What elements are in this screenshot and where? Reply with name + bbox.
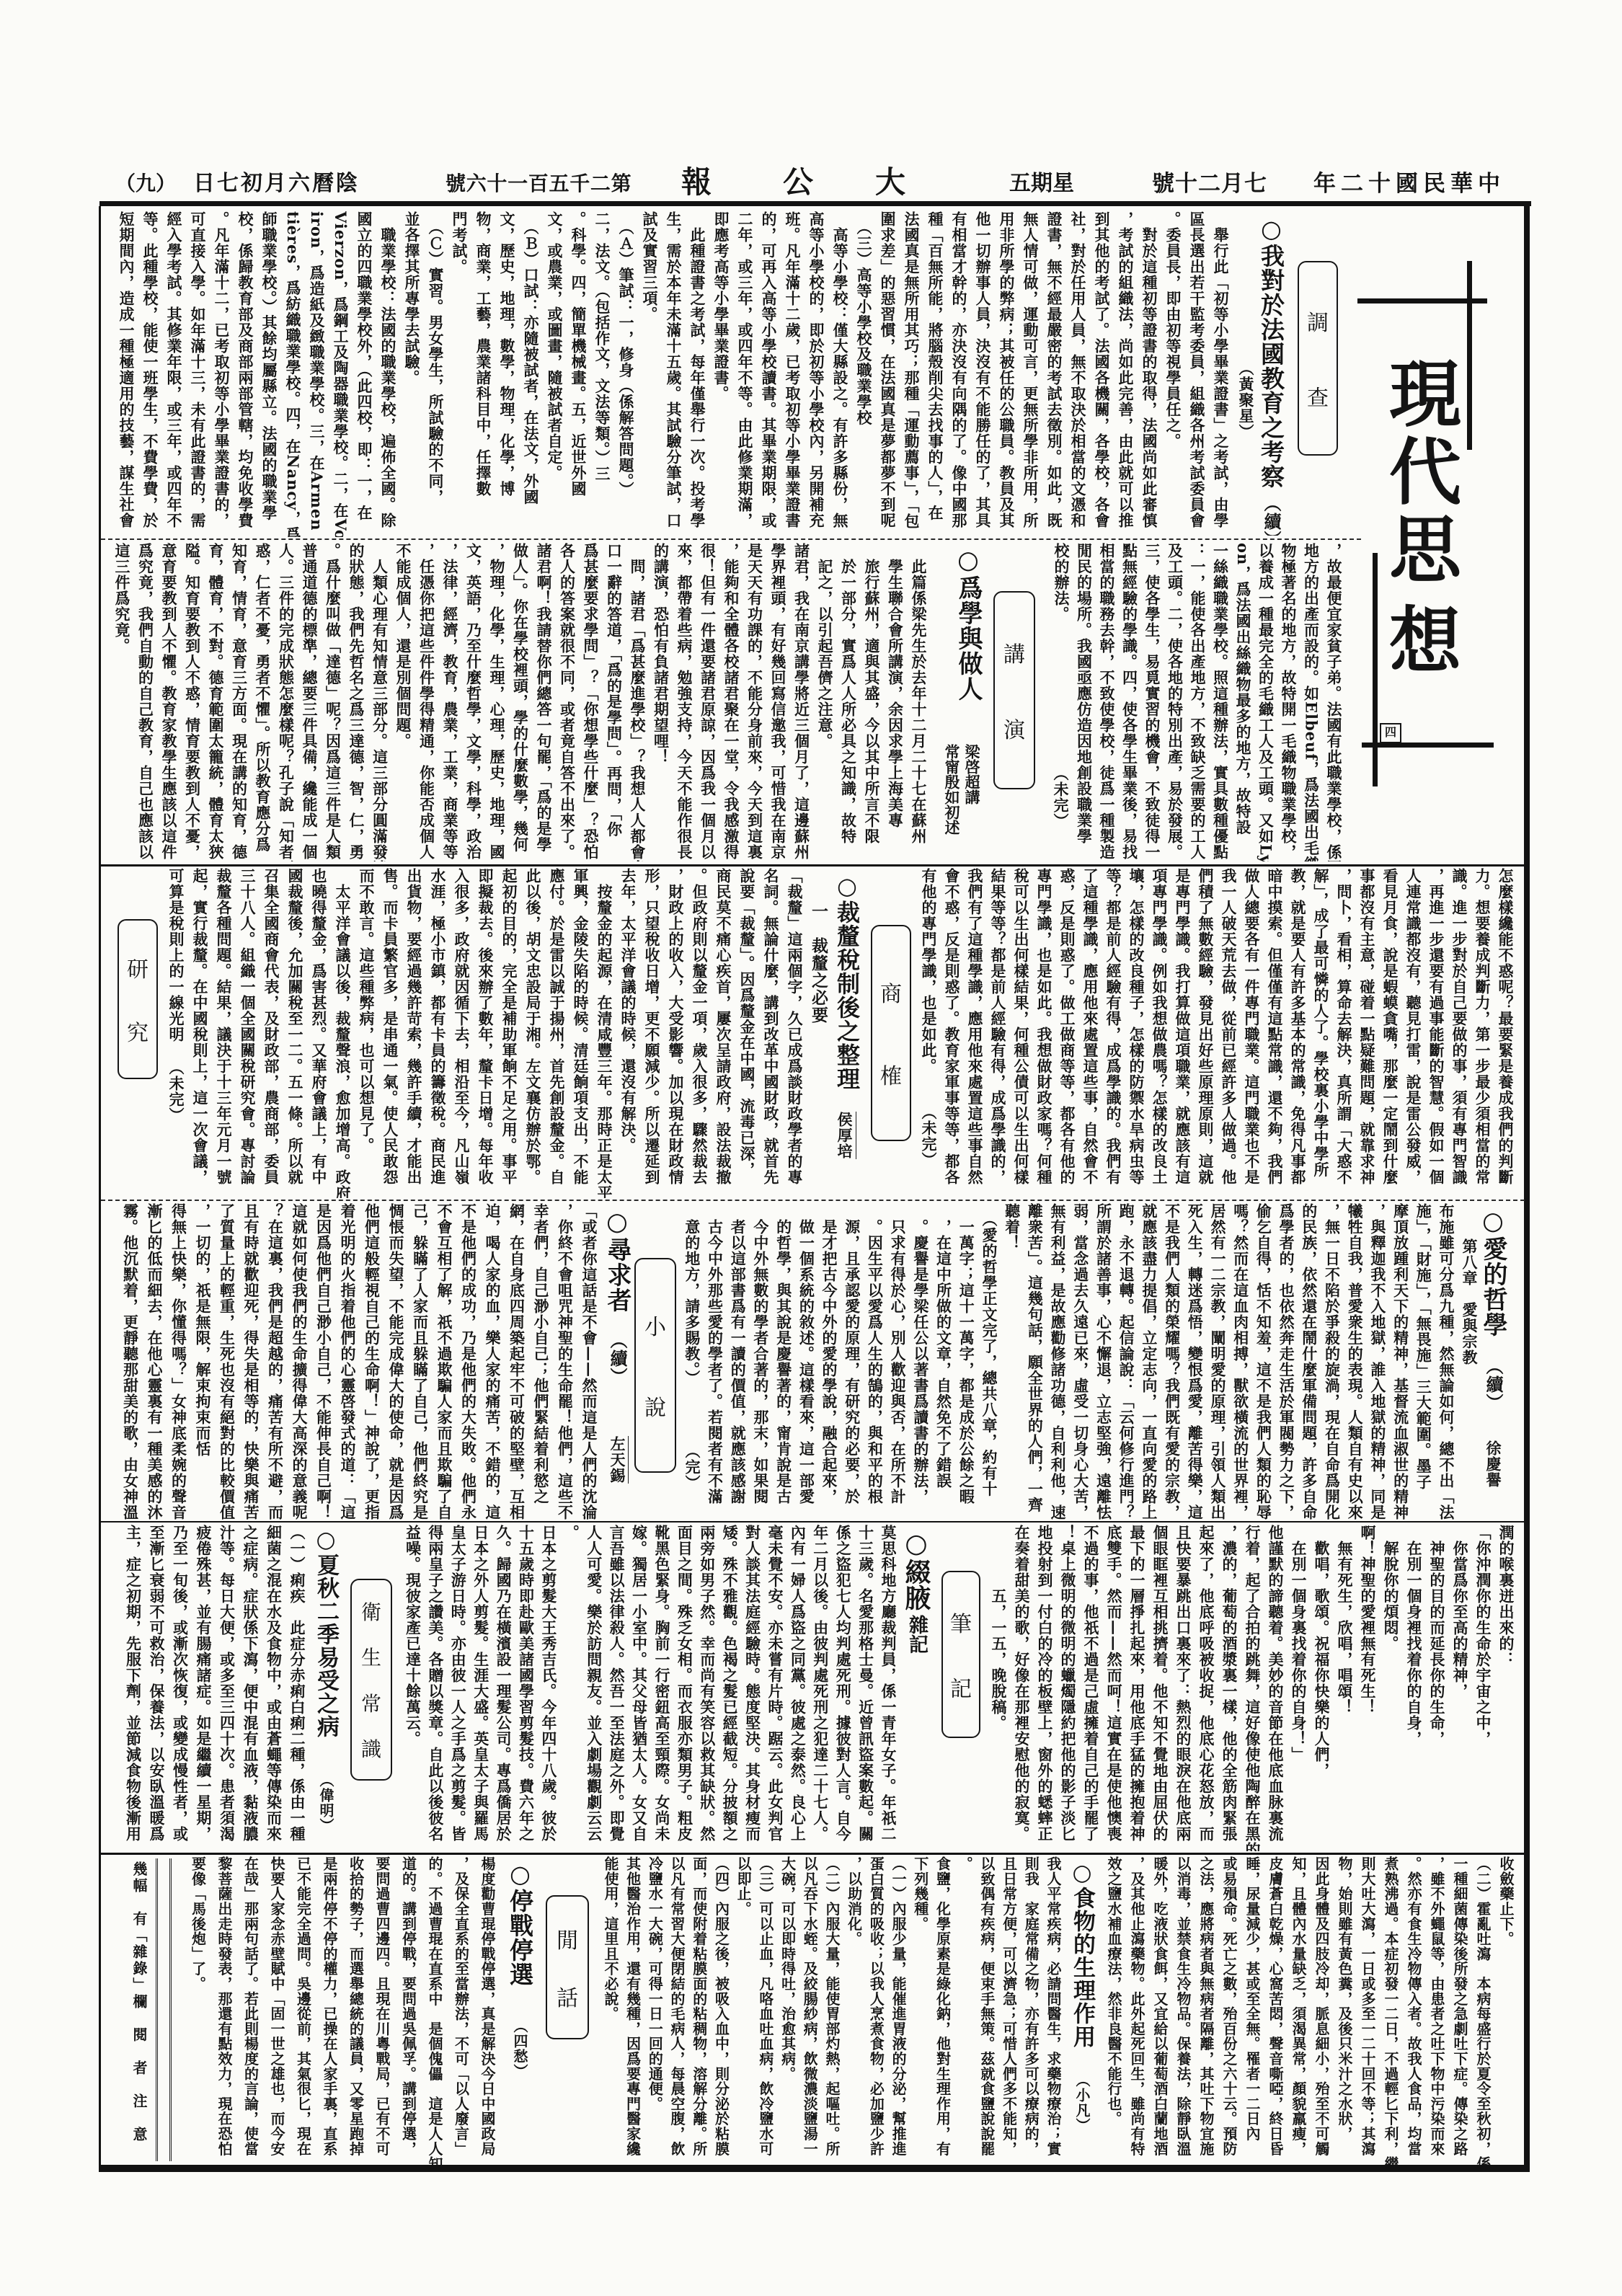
text-column: 經入學考試。其修業年限，或三年，或四年不: [162, 211, 186, 537]
text-column: 不過的事，他祇不過是己虛擁着自己的手罷了: [1079, 1525, 1102, 1851]
text-column: 古今中外那些愛的學者了。若閱者有不滿: [704, 1203, 727, 1520]
text-column: 汁等。每日大便，或多至三四十次。患者須渴: [215, 1525, 239, 1851]
masthead-char-2: 代: [1384, 433, 1466, 512]
section-box-novel: 小 說: [634, 1258, 676, 1473]
section-label-char: 常: [361, 1688, 381, 1717]
text-column: 師職業學校。）其餘均屬縣立。法國的職業學: [257, 211, 281, 537]
text-column: 有相當才幹的，亦決沒有向隅的了。像中國那: [947, 211, 971, 537]
section-label-char: 演: [1003, 712, 1025, 744]
novel-author: 左天錫: [608, 1436, 629, 1484]
text-column: 乃至一旬後，或漸次恢復，或變成慢性者，或: [168, 1525, 192, 1851]
text-column: 摩頂放踵利天下的精神，基督流血淑世的精神: [1389, 1203, 1412, 1520]
side-strip-divider: [156, 1858, 172, 2161]
text-column: 了質量上的輕重，生死也沒有絕對的比較價值: [215, 1203, 239, 1520]
masthead-char-4: 想: [1384, 601, 1466, 681]
chat-title-text: ○停戰停選: [506, 1860, 534, 1987]
text-column: 。爲什麼叫做「達德」呢？因爲這三件是人類: [321, 543, 345, 861]
text-column: 源，且承認愛的原理，有研究的必要，於: [841, 1203, 864, 1520]
survey-end-note: （未完）: [1050, 766, 1072, 829]
text-column: 二年，或三年，或四年不等。由此修業期滿，: [733, 211, 757, 537]
text-column: 至漸匕衰弱不可救治，保養法，以安臥溫暖爲: [145, 1525, 169, 1851]
section-label-char: 話: [557, 1980, 578, 2012]
section-label-char: 衛: [361, 1597, 381, 1626]
divider-band1-2: [101, 864, 1525, 866]
text-column: 日本之外人剪髮。生涯大盛。英皇太子與羅馬: [469, 1525, 492, 1851]
section-box-survey: 調 查: [1298, 261, 1338, 456]
text-column: 這就如何使我們的生命擴得偉大高深的意義呢: [288, 1203, 312, 1520]
text-column: 物，始則雖有黃色糞，及後只米汁之水狀，: [1333, 1856, 1356, 2165]
text-column: 等？都是前人經驗有得，成爲學識的。我們有: [1102, 868, 1125, 1198]
divider-band3-4: [101, 1521, 1525, 1522]
text-column: ，雖不外蠅鼠等，由患者之吐下物中污染而來: [1425, 1856, 1448, 2165]
text-column: 及工頭。二，使各地的特別出產，易於發展。: [1164, 543, 1187, 861]
text-column: 學生聯合會所講演，余因求學上海美專: [883, 543, 907, 861]
text-column: 收拾的勢子，而選舉總統的議員，又零星跑掉: [342, 1856, 369, 2165]
text-column: 會不惑，反是則惑了。教育家軍事等等，都各: [940, 868, 963, 1198]
text-column: 的講演，恐怕有負諸君期望哩！: [649, 543, 673, 861]
text-column: 皇太子游日時。亦由彼一人之手爲之剪髮。皆: [447, 1525, 469, 1851]
text-column: 一種細菌傳染後所發之急劇吐下症。傳染之路: [1448, 1856, 1471, 2165]
text-column: 是因爲他們自己渺小自己，不能伸長自己啊！: [311, 1203, 336, 1520]
text-column: 短期間內，造成一種極適用的技藝，謀生社會: [115, 211, 138, 537]
text-column: 在別一個身裡找着你的自身，: [1402, 1525, 1425, 1851]
section-label-char: 調: [1307, 305, 1329, 337]
text-column: 就應該盡力提倡，立定志向，一直向愛的路上: [1138, 1203, 1161, 1520]
section-label-char: 生: [361, 1642, 381, 1671]
text-column: 事都沒有主意，碰着一點疑難問題，就靠求神: [1355, 868, 1378, 1198]
section-label-char: 筆: [950, 1606, 972, 1638]
love-body: 布施雖可分爲九種，然無論如何，總不出「法施」，「財施」，「無畏施」三大範圍。墨子…: [681, 1203, 1458, 1520]
masthead-cross-top-horizontal: [1357, 298, 1487, 303]
text-column: 且有時就歡迎死，得失是相等的，快樂與痛苦失: [239, 1203, 264, 1520]
text-column: 着光明的火指着他們的心靈啓發式的道：「這都: [336, 1203, 360, 1520]
text-column: 的民族，依然還在鬧什麼軍備問題，許多自命: [1298, 1203, 1321, 1520]
text-column: 區長選出若干監考委員，組織各州考試委員會: [1185, 211, 1209, 537]
love-title: ○愛的哲學（續）徐慶譽: [1478, 1207, 1508, 1518]
text-column: ，在這中所做的文章，自然免不了錯誤: [932, 1203, 955, 1520]
top-rule: [99, 201, 1531, 206]
section-label-char: 榷: [880, 1058, 902, 1090]
section-label-char: 小: [644, 1309, 666, 1341]
text-column: 很！但有一件還要諸君原諒，因爲我一個月以: [696, 543, 719, 861]
text-column: （四）內服之後，被吸入血中，則分泌於粘膜: [710, 1856, 732, 2165]
text-column: 暗中摸索。但僅僅有這點常識，還不夠，我們: [1263, 868, 1286, 1198]
text-column: 。委員長，即由初等視學員任之。: [1161, 211, 1185, 537]
text-column: 地方的出產而設的。如Elbeuf，爲法國出毛織: [1300, 543, 1323, 861]
text-column: （Ｃ）實習。男女學生，所試驗的不同，: [424, 211, 448, 537]
text-column: 結果等等？都是前人經驗有得，成爲學識的，: [986, 868, 1009, 1198]
text-column: 人。三件的完成狀態怎麼樣呢？孔子說「知者不: [274, 543, 298, 861]
text-column: 要像「馬後炮」了。: [185, 1856, 211, 2165]
section-label-char: 閒: [557, 1923, 578, 1954]
text-column: 識。進一步對於自己要做的事，須有專門智識: [1448, 868, 1471, 1198]
text-column: 道的。講到停戰，要問過吳佩孚。講到停選，: [395, 1856, 422, 2165]
text-column: ，考試的組織法，尚如此完善，由此就可以推: [1114, 211, 1138, 537]
text-column: 文，英語，乃至什麼哲學，文學，科學，政治: [461, 543, 485, 861]
text-column: （Ａ）筆試：一，修身（係解答問題。）: [614, 211, 638, 537]
section-label-char: 識: [361, 1734, 381, 1763]
text-column: 證書，無不經最嚴密的考試去徵別。如此，既: [1042, 211, 1066, 537]
masthead-cross-top-vertical: [1467, 261, 1472, 450]
text-column: 這三件爲究竟。: [110, 543, 134, 861]
text-column: 知育，情育，意育三方面。現在講的知育，德: [227, 543, 251, 861]
text-column: 的。不過曹琨在直系中 是個傀儡 這是人人知: [422, 1856, 448, 2165]
text-column: 點無經驗的學識。四，使各學生畢業後，易找: [1118, 543, 1141, 861]
text-column: ？在這裏，我們是超越的，痛苦有所不避，而: [263, 1203, 288, 1520]
text-column: 則我 家庭常備之物，亦有許多可以療病的，: [1020, 1856, 1042, 2165]
text-column: 疲倦殊甚，並有腸痛諸症。如是繼續一星期，: [192, 1525, 216, 1851]
text-column: 用非所學的弊病；其被任的公職員。教員及其: [995, 211, 1019, 537]
text-column: 。: [560, 1525, 582, 1851]
text-column: 起來了，他底呼吸被收捉，他底心花怒放，而: [1195, 1525, 1218, 1851]
text-column: 是才把古今中外的愛的學說，融合起來，: [817, 1203, 841, 1520]
text-column: 睡，尿量減少，甚或至全無。罹者一二日內: [1241, 1856, 1264, 2165]
text-column: 只求有得於心，別人歡迎與否，在所不計: [886, 1203, 909, 1520]
text-column: 啊！神聖的愛裡無有死生！: [1356, 1525, 1379, 1851]
text-column: 靴黑色緊身。胸前一行密鈕高至頸際。女尚未: [651, 1525, 673, 1851]
lecture-body-part1: 此篇係梁先生於去年十二月二十七在蘇州 學生聯合會所講演，余因求學上海美專 旅行蘇…: [110, 543, 930, 861]
discussion-author: 侯厚培: [835, 1112, 856, 1159]
text-column: 內有一婦人爲盜之同黨。彼處之泰然。良心上: [786, 1525, 809, 1851]
text-column: 圍求差」的惡習慣，在法國真是夢都夢不到呢: [876, 211, 900, 537]
text-column: 其他醫治作用，還有幾種，因爲要專門醫家纔: [621, 1856, 644, 2165]
text-column: 國立的四職業學校外，（此四校，即：一，在: [353, 211, 376, 537]
text-column: 形，只望稅收日增，更不願減少。所以遷延到: [640, 868, 664, 1198]
text-column: 問，諸君「爲甚麼進學校」？我想人人都會衆: [626, 543, 650, 861]
text-column: 係之盜犯七人均判處死刑。據彼對人言。自今: [832, 1525, 854, 1851]
text-column: 做人總要各有一件專門職業。這門職業也不是: [1240, 868, 1263, 1198]
text-column: ，及其他止瀉藥物。此外起死回生，雖尚有特: [1125, 1856, 1148, 2165]
text-column: 育，體育，不對。德育範圍太籠統，體育太狹: [204, 543, 228, 861]
text-column: 。慶譽是學梁任公以著書爲讀書的辦法，: [909, 1203, 932, 1520]
masthead-cross-bottom-horizontal: [1362, 743, 1494, 748]
text-column: 居然有一二宗教，闡明愛的原理，引領人類出: [1206, 1203, 1229, 1520]
text-column: 不是他們的成功，乃是他們的大失敗。他們永: [456, 1203, 481, 1520]
text-column: 種「百無所能，將腦殼削尖去找事的人」，在: [923, 211, 947, 537]
text-column: 生，需於本年未滿十五歲。其試驗分筆試，口: [662, 211, 686, 537]
novel-body: 「或者你這話是不會——然而這是人們的沈淪，你終不會咀咒神聖的生命罷！他們，這些不…: [118, 1203, 601, 1520]
text-column: 毫未覺不安。亦未嘗有片時。踞云。此女判官: [764, 1525, 786, 1851]
text-column: 水涯，極小市鎮，都有卡員的籌徵稅。商民進: [426, 868, 450, 1198]
section-label-char: 查: [1307, 380, 1329, 412]
text-column: ，你終不會咀咒神聖的生命罷！他們，這些不: [553, 1203, 577, 1520]
text-column: 應付。於是雷以誠于揚州，首先創設釐金。自: [545, 868, 569, 1198]
text-column: 我們有了這種學識，應用他來處置這些事自然: [963, 868, 986, 1198]
chat-author: （四愁）: [511, 2018, 528, 2079]
header-paper-name-1: 大: [875, 167, 905, 198]
text-column: 地投射到一付白的冷的板壁上，窗外的蟋蟀正: [1033, 1525, 1056, 1851]
text-column: 他一切辦事人員，決沒有不能勝任的了，其具: [971, 211, 995, 537]
text-column: 要問過曹四邊四。且現在川粵戰局，已有不可: [369, 1856, 396, 2165]
text-column: 以凡有常習大便閉結的毛病人，每晨空腹，飲: [665, 1856, 688, 2165]
text-column: 惑，反是則惑了。做工做商等等，都各有他的: [1055, 868, 1078, 1198]
footer-reader-notice: 幾幅 有「雜錄」欄 閱 者 注 意: [128, 1861, 150, 2143]
love-continued-mark: （續）: [1483, 1357, 1504, 1411]
text-column: 此以後，胡文忠設局于湘。左文襄仿辦於鄂。: [521, 868, 545, 1198]
novel-body-continued: 潤的喉裏迸出來的：「你沖潤你的生命於宇宙之中， 你當爲你至高的精神， 神聖的目的…: [987, 1525, 1517, 1851]
text-column: （三）可以止血，凡咯血吐血病，飲冷鹽水可: [754, 1856, 776, 2165]
text-column: 校，係歸教育部及商部兩部管轄，均免收學費: [234, 211, 257, 537]
text-column: 蛋白質的吸收；以我人烹煮食物，必加鹽少許: [865, 1856, 887, 2165]
text-column: 面，而使附着粘膜面的粘稠物，溶解分離。所: [688, 1856, 710, 2165]
text-column: ，任憑你把這些件件學得精通，你能否成個人: [415, 543, 438, 861]
text-column: 起，實行裁釐。在中國稅則上，這一次會議，: [188, 868, 212, 1198]
text-column: ！桌上微明的微明的蠟燭隱約把他的影子淡匕: [1056, 1525, 1079, 1851]
text-column: 到其他的考試了。法國各機關，各學校，各會: [1090, 211, 1114, 537]
text-column: 弱，當念過去久遠已來，虛受一切身心大苦，: [1069, 1203, 1092, 1520]
discussion-subheading: 一 裁釐之必要: [807, 903, 829, 1024]
text-column: iron，爲造紙及緻職業學校。三，在Armen: [305, 211, 329, 537]
text-column: （一）痢疾 此症分赤痢白痢二種，係由一種: [285, 1525, 309, 1851]
text-column: 幸者們，自己渺小自己；他們緊結着利慾之: [529, 1203, 554, 1520]
divider-band1a-1b: [101, 538, 1361, 540]
text-column: 此篇係梁先生於去年十二月二十七在蘇州: [907, 543, 931, 861]
food-title: ○食物的生理作用（小凡）: [1067, 1860, 1097, 2163]
lecture-end-note: （未完）: [917, 1104, 940, 1168]
section-label-char: 商: [880, 976, 902, 1008]
text-column: 網，在自身底四周築起牢不可破的堅壁，互相壓: [505, 1203, 529, 1520]
love-title-text: ○愛的哲學: [1479, 1207, 1507, 1337]
text-column: 起初的目的，完全是補助軍餉不足之用。事平: [497, 868, 521, 1198]
header-date-month-day: 七月二十號: [1152, 172, 1267, 196]
text-column: 底雙手。然而——然而呵！這實在是使他懊喪: [1102, 1525, 1125, 1851]
section-label-char: 究: [127, 1015, 149, 1047]
text-column: （愛的哲學正文完了，總共八章，約有十: [978, 1203, 1001, 1520]
text-column: 的狀態，我們先哲名之爲三達德，智，仁，勇: [345, 543, 368, 861]
text-column: 班。凡年滿十二歲，已考取初等小學畢業證書: [781, 211, 805, 537]
text-column: 黎菩薩出走時發表，那還有點效力，現在恐怕: [211, 1856, 238, 2165]
discussion-body: 「裁釐」這兩個字，久已成爲談財政學者的專名詞。無論什麼，講到改革中國財政，就首先…: [164, 868, 807, 1198]
text-column: 則大吐大瀉，一日或多至一二十回不等；其瀉: [1356, 1856, 1379, 2165]
text-column: 神聖的目的而延長你的生命，: [1425, 1525, 1448, 1851]
text-column: 職業學校：法國的職業學校，遍佈全國。除: [376, 211, 400, 537]
text-column: 犧牲自我，普愛衆生的表現。人類自有史以來: [1343, 1203, 1366, 1520]
text-column: （二）內服大量，能使胃部灼熱，起嘔吐。所: [820, 1856, 843, 2165]
text-column: 口一辭的答道，「爲的是學問」。再問，「你: [602, 543, 626, 861]
text-column: 日本之剪髮大王秀吉氏。今年四十八歲。彼於: [538, 1525, 560, 1851]
text-column: 諸君，我在南京講學將近三個月了，這邊蘇州: [789, 543, 813, 861]
masthead-char-3: 思: [1384, 510, 1466, 590]
text-column: 言吾雖以法律殺人。然吾一至法庭之外。即覺: [606, 1525, 628, 1851]
text-column: 無有死生，欣唱，唱頌！: [1333, 1525, 1356, 1851]
text-column: 文，歷史，地理，數學，物理，化學，博: [495, 211, 519, 537]
text-column: 學界裡頭，有好幾回寫信邀我，可惜我在南京: [766, 543, 790, 861]
text-column: 高等小學校：僅大縣設之。有許多縣份，無: [828, 211, 852, 537]
text-column: 以養成一種最完全的毛織工人及工頭。又如Ly: [1254, 543, 1277, 861]
text-column: 普通道德的標準，總要三件具備，纔能成一個: [298, 543, 322, 861]
hygiene-title: ○夏秋二季易受之病（偉明）: [311, 1527, 340, 1851]
text-column: 離衆苦」。這幾句話，願全世界的人們，一齊: [1024, 1203, 1047, 1520]
text-column: 試及實習三項。: [638, 211, 662, 537]
text-column: 久。歸國乃在橫濱設一理髮公司。專爲僑居於: [492, 1525, 515, 1851]
text-column: 他謹默的諦聽着。美妙的音節在他底血脉裏流: [1264, 1525, 1287, 1851]
notes-title: ○綴腋雜記: [901, 1528, 931, 1687]
discussion-end-note: （未完）: [164, 1060, 188, 1123]
text-column: 怎麼樣纔能不惑呢？最要緊是養成我們的判斷: [1494, 868, 1517, 1198]
divider-band2-3: [101, 1200, 1525, 1201]
text-column: 因此身體及四肢冷却，脈息細小，殆至不可觸: [1310, 1856, 1333, 2165]
lecture-speaker: 梁啓超講: [962, 744, 982, 852]
divider-band4a-4b: [101, 1853, 1525, 1855]
text-column: 不會互相了解，祇不過欺騙人家而且欺騙了自: [433, 1203, 457, 1520]
text-column: 裁釐各種問題。結果，議決于十三年元月一號: [212, 868, 236, 1198]
text-column: 不是我們人類的榮耀嗎？我們既有愛的宗教，: [1161, 1203, 1184, 1520]
text-column: 以致偶有疾病，便束手無策。茲就食鹽說說罷: [975, 1856, 998, 2165]
text-column: 益噪。現彼家產已達十餘萬云。: [402, 1525, 424, 1851]
text-column: 迫，喝人家的血，樂人家的痛苦，不錯的，這: [481, 1203, 505, 1520]
text-column: 最下的一層掙扎起來，用他底手猛的擁抱着神: [1125, 1525, 1148, 1851]
text-column: ，法律，經濟，教育，農業，工業，商業等等: [438, 543, 462, 861]
text-column: （Ｂ）口試：亦隨被試者，在法文，外國: [519, 211, 543, 537]
masthead-cross-bottom-vertical: [1373, 553, 1378, 786]
text-column: （二）霍亂吐瀉 本病每盛行於夏令至秋初，係: [1471, 1856, 1494, 2165]
text-column: 。但政府則以釐金一項，歲入很多，驟然裁去: [688, 868, 712, 1198]
text-column: tières，爲紡織職業學校。四，在Nancy，爲水: [281, 211, 305, 537]
text-column: 是專門學識。我打算做這項職業，就應該有這: [1171, 868, 1194, 1198]
text-column: ，財政上的收入，大受影響。加以現在財政情: [664, 868, 688, 1198]
text-column: 一萬字；這十一萬字，都是成於公餘之暇: [955, 1203, 978, 1520]
text-column: 。凡年滿十二，已考取初等小學畢業證書的，: [210, 211, 234, 537]
food-author: （小凡）: [1073, 2073, 1091, 2133]
text-column: 所謂於諸善事，心不懈退，立志堅強，遠離怯: [1092, 1203, 1115, 1520]
header-date-roc: 中華民國十二年: [1313, 172, 1505, 196]
section-box-research: 研 究: [118, 919, 158, 1079]
text-column: 以即止。: [732, 1856, 754, 2165]
text-column: 楊度勸曹琨停戰停選，真是解決今日中國政局: [474, 1856, 501, 2165]
text-column: 壤，怎樣的改良種子，怎樣的防禦水旱病虫等: [1125, 868, 1148, 1198]
text-column: 我一人破天荒去做，從前已經許多人做過。他: [1217, 868, 1240, 1198]
text-column: 高等小學校的，即於初等小學校內，另開補充: [805, 211, 828, 537]
text-column: 跑，永不退轉。起信論說：「云何修行進門？: [1114, 1203, 1138, 1520]
text-column: ，濃的，葡萄的酒漿裏一樣，他的全筋肉緊張: [1218, 1525, 1241, 1851]
novel-title: ○尋求者（續）左天錫: [603, 1207, 631, 1517]
text-column: 你當爲你至高的精神，: [1448, 1525, 1471, 1851]
masthead-seal-icon: 四: [1380, 723, 1401, 743]
text-column: 人類心理有知情意三部分。這三部分圓滿發達: [368, 543, 391, 861]
food-body: 我人平常疾病，必請問醫生，求藥物療治；實則我 家庭常備之物，亦有許多可以療病的，…: [599, 1856, 1064, 2165]
survey-title: ○我對於法國教育之考察（續）: [1255, 215, 1287, 536]
text-column: 暖外，吃液狀食餌，又宜給以葡萄酒白蘭地酒: [1148, 1856, 1171, 2165]
lecture-recorder: 常甯殷如初述: [941, 744, 962, 852]
text-column: 聽着！: [1001, 1203, 1024, 1520]
text-column: 矮。殊不雅觀。色褐之髮已經截短。分披額之: [719, 1525, 741, 1851]
text-column: 教，就是要人有許多基本的常識，免得凡事都: [1286, 868, 1309, 1198]
text-column: 歡唱，歌頌。祝福你快樂的人們，: [1310, 1525, 1333, 1851]
text-column: 個眼眶裡互相挑擠着。他不知不覺地由屈伏的: [1148, 1525, 1171, 1851]
bottom-rule: [99, 2165, 1530, 2172]
love-chapter-heading: 第八章 愛與宗教: [1459, 1238, 1479, 1365]
love-end-note: （完）: [681, 1443, 704, 1491]
text-column: 。科學。四，簡單機械畫。五，近世外國: [567, 211, 590, 537]
text-column: on，爲法國出絲織物最多的地方，故特設: [1232, 543, 1255, 861]
text-column: 年二月以後。由彼判處死刑之犯達二十七人。: [809, 1525, 831, 1851]
text-column: ，無一日不陷於爭殺的旋渦，現在自命爲開化: [1321, 1203, 1344, 1520]
section-box-notes: 筆 記: [941, 1571, 980, 1738]
text-column: 下列幾種。: [909, 1856, 931, 2165]
text-column: 名詞。無論什麼，講到改革中國財政，就首先: [759, 868, 783, 1198]
text-column: ，一切的，祇是無限，解束拘束而恬: [191, 1203, 216, 1520]
text-column: 施」，「財施」，「無畏施」三大範圍。墨子: [1412, 1203, 1435, 1520]
hygiene-body-part2: 收斂藥止下。（二）霍亂吐瀉 本病每盛行於夏令至秋初，係一種細菌傳染後所發之急劇吐…: [1102, 1856, 1517, 2165]
text-column: 在哉」那兩句話了。若此則楊度的言論，使當: [237, 1856, 264, 2165]
hygiene-author: （偉明）: [317, 1773, 334, 1833]
text-column: 面目之間。殊乏女相。而衣服亦類男子。粗皮: [673, 1525, 696, 1851]
text-column: 潤的喉裏迸出來的：: [1494, 1525, 1517, 1851]
text-column: 惆悵而失望，不能完成偉大的使命，就是因爲: [384, 1203, 409, 1520]
chat-body: 楊度勸曹琨停戰停選，真是解決今日中國政局，及保全直系的至當辦法，不可「以人廢言」…: [185, 1856, 500, 2165]
text-column: 且日常方便，可以濟急；可惜人們多不能知，: [998, 1856, 1020, 2165]
text-column: 們積了無數經驗，發見出好些原理原則，這就: [1194, 868, 1217, 1198]
text-column: 得兩皇子之讚美。各贈以獎章。自此以後彼名: [424, 1525, 446, 1851]
text-column: 兩旁如男子然。幸而尚有笑容以救其缺狀。然: [696, 1525, 718, 1851]
text-column: 十五歲時即赴歐美諸國學習剪髮技。費六年之: [515, 1525, 537, 1851]
text-column: 出貨物，要經過幾許苛索，幾許手續，才能出: [402, 868, 426, 1198]
notes-title-sub: 雜記: [905, 1615, 928, 1654]
text-column: 嫁。獨居一小室中。其父母皆猶太人。女又自: [628, 1525, 650, 1851]
header-lunar-date: 陰曆六月初七日: [193, 172, 360, 196]
right-border: [1524, 201, 1530, 2172]
text-column: 不能成個人，還是別個問題。: [391, 543, 415, 861]
text-column: 三，使各學生，易覓實習的機會，不致徒得一: [1141, 543, 1164, 861]
text-column: 一絲織職業學校。照這種辦法，實具數種優點: [1209, 543, 1232, 861]
text-column: 能使用，這里且不必說。: [599, 1856, 621, 2165]
chat-title: ○停戰停選（四愁）: [505, 1860, 535, 2163]
text-column: 或易殞命。死亡之數，殆百份之六十云。預防: [1218, 1856, 1241, 2165]
text-column: 力。想要養成判斷力，第一步最少須相當的常: [1471, 868, 1494, 1198]
text-column: 。因生平以愛爲人生的鵠的，與和平的根: [864, 1203, 887, 1520]
text-column: 已不能完全過問。吳邊從前，其氣很匕，現在: [290, 1856, 316, 2165]
text-column: 無人情可做，運動可言，更無所學非所用，所: [1019, 211, 1042, 537]
text-column: 物，商業，工藝，農業諸科目中，任擇數: [471, 211, 495, 537]
survey-author: （黃聚星）: [1236, 360, 1256, 440]
text-column: 爲甚麼要求學問」？「你想學些什麼」？恐怕: [579, 543, 603, 861]
header-paper-name-3: 報: [681, 167, 712, 198]
text-column: 商民莫不痛心疾首，屢次呈請政府，設法裁撤: [712, 868, 735, 1198]
text-column: 二，法文。（包括作文，文法等類。）三: [590, 211, 614, 537]
hygiene-body-part1: （一）痢疾 此症分赤痢白痢二種，係由一種細菌之混在水及食物中，或由蒼蠅等傳染而來…: [121, 1525, 309, 1851]
text-column: 文，或農業，或圖畫，隨被試者自定。: [543, 211, 567, 537]
text-column: ，能夠和全體各校諸君聚在一堂，令我感激得: [719, 543, 743, 861]
text-column: 「裁釐」這兩個字，久已成爲談財政學者的專: [783, 868, 807, 1198]
masthead-char-1: 現: [1384, 355, 1466, 434]
section-label-char: 講: [1003, 637, 1025, 668]
lecture-byline: 梁啓超講 常甯殷如初述: [937, 744, 982, 852]
text-column: 在奏着甜美的歌，好像在那裡安慰他的寂寞。: [1010, 1525, 1033, 1851]
text-column: 之症病。症狀係下瀉，便中混有血液，黏液膿: [239, 1525, 262, 1851]
text-column: 說要「裁釐」。因爲釐金在中國，流毒已深，: [735, 868, 759, 1198]
text-column: 收斂藥止下。: [1494, 1856, 1517, 2165]
text-column: 以消毒，並禁食生冷物品。保養法，除靜臥溫: [1171, 1856, 1195, 2165]
text-column: ，與釋迦我不入地獄，誰入地獄的精神，同是: [1366, 1203, 1389, 1520]
text-column: 爲究竟，我們自動的自己教育，自己也應該以: [133, 543, 157, 861]
text-column: 專門學識，也是如此。我想做財政家嗎？何種: [1032, 868, 1055, 1198]
text-column: 「你沖潤你的生命於宇宙之中，: [1471, 1525, 1494, 1851]
text-column: ，問卜，看相，算命去解決，真所謂「大惑不: [1332, 868, 1355, 1198]
text-column: 太平洋會議以後，裁釐聲浪，愈加增高。政府: [331, 868, 355, 1198]
text-column: 國裁釐後，允加關稅至一二。五一條。所以就: [283, 868, 307, 1198]
section-label-char: 記: [950, 1671, 972, 1703]
text-column: 且快要暴跳出口裏來了：熱烈的眼淚在他底兩: [1171, 1525, 1195, 1851]
text-column: 得無上快樂，你懂得嗎？」女神底柔婉的聲音: [167, 1203, 191, 1520]
text-column: （三）高等小學校及職業學校: [852, 211, 876, 537]
text-column: 物極著名的地方，故特開一毛織物職業學校，: [1277, 543, 1300, 861]
text-column: 在別一個身裏找着你的自身！」: [1287, 1525, 1310, 1851]
text-column: 項專門學識。例如我想做農嗎？怎樣的改良土: [1148, 868, 1171, 1198]
text-column: 之法，應將病者與無病者隔離，其吐下物宜施: [1195, 1856, 1218, 2165]
text-column: 。然亦有食生冷物傳入者。故我人食品，均當: [1402, 1856, 1425, 2165]
text-column: ，故最便宜家貧子弟。法國有此職業學校，係因: [1323, 543, 1346, 861]
text-column: 人連常識都沒有，聽見打雷，說是雷公發威，: [1401, 868, 1424, 1198]
